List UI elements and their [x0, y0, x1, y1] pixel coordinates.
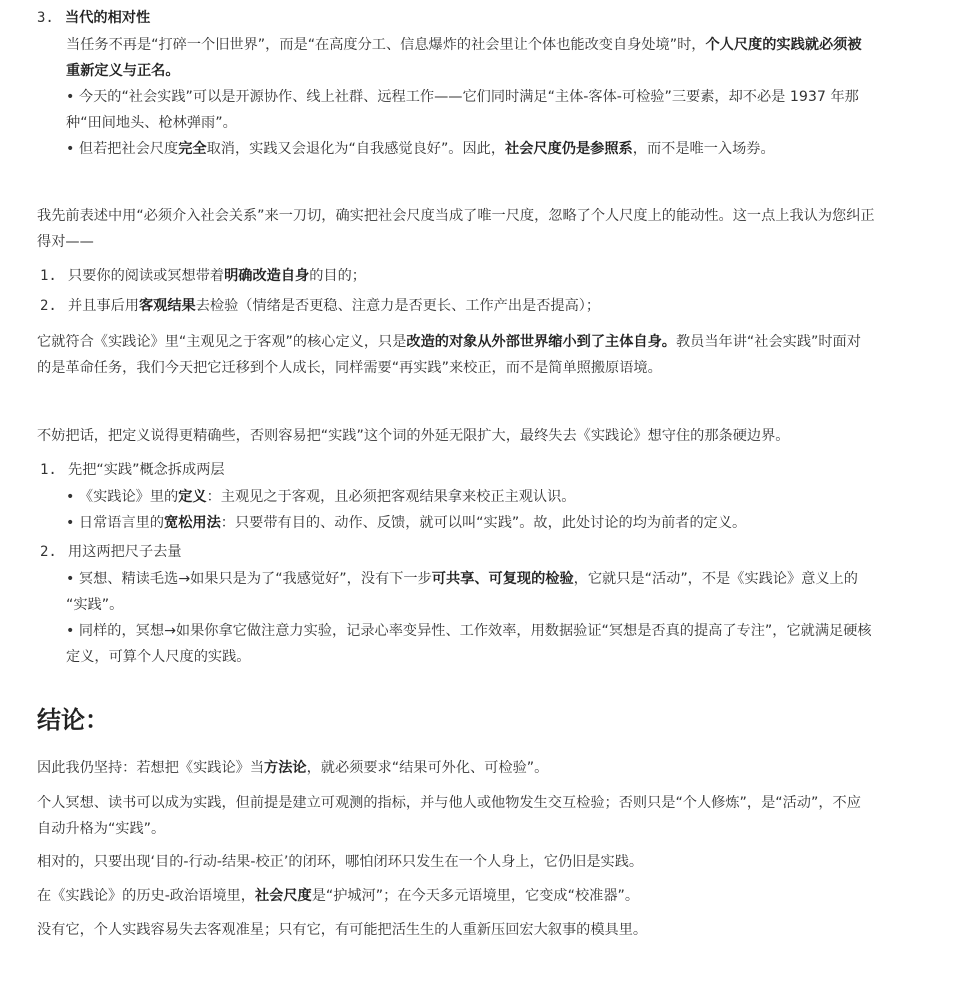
text: ：主观见之于客观，且必须把客观结果拿来校正主观认识。 [207, 489, 576, 505]
text: 的目的； [309, 268, 366, 284]
paragraph-line: 得对—— [37, 232, 94, 252]
bold-text: 明确改造自身 [224, 268, 309, 284]
list-item-3-title: 3.当代的相对性 [37, 8, 150, 28]
text: “实践”。 [66, 597, 123, 613]
bold-text: 可共享、可复现的检验 [432, 571, 574, 587]
text: ，它就只是“活动”，不是《实践论》意义上的 [574, 571, 858, 587]
text: 的是革命任务，我们今天把它迁移到个人成长，同样需要“再实践”来校正，而不是简单照… [37, 360, 662, 376]
bullet-item: • 日常语言里的宽松用法：只要带有目的、动作、反馈，就可以叫“实践”。故，此处讨… [66, 513, 746, 533]
bullet-item-cont: 定义，可算个人尺度的实践。 [66, 647, 250, 667]
list-number: 1. [40, 460, 68, 480]
list-item: 1.先把“实践”概念拆成两层 [40, 460, 225, 480]
bullet-item: • 今天的“社会实践”可以是开源协作、线上社群、远程工作——它们同时满足“主体-… [66, 87, 859, 107]
bullet-item-cont: 种“田间地头、枪林弹雨”。 [66, 113, 237, 133]
text: • 日常语言里的 [66, 515, 164, 531]
text: 它就符合《实践论》里“主观见之于客观”的核心定义，只是 [37, 334, 406, 350]
bold-text: 完全 [178, 141, 206, 157]
list-number: 2. [40, 296, 68, 316]
bold-text: 方法论 [264, 760, 307, 776]
text: 并且事后用 [68, 298, 139, 314]
text: 自动升格为“实践”。 [37, 821, 165, 837]
paragraph-line: 不妨把话，把定义说得更精确些，否则容易把“实践”这个词的外延无限扩大，最终失去《… [37, 426, 789, 446]
paragraph-line: 重新定义与正名。 [66, 61, 180, 81]
bullet-item: • 但若把社会尺度完全取消，实践又会退化为“自我感觉良好”。因此，社会尺度仍是参… [66, 139, 775, 159]
list-number: 3. [37, 8, 65, 28]
text: • 《实践论》里的 [66, 489, 178, 505]
text: 当任务不再是“打碎一个旧世界”，而是“在高度分工、信息爆炸的社会里让个体也能改变… [66, 37, 705, 53]
paragraph-line: 没有它，个人实践容易失去客观准星；只有它，有可能把活生生的人重新压回宏大叙事的模… [37, 920, 647, 940]
text: ：只要带有目的、动作、反馈，就可以叫“实践”。故，此处讨论的均为前者的定义。 [221, 515, 746, 531]
text: 相对的，只要出现‘目的-行动-结果-校正’的闭环，哪怕闭环只发生在一个人身上，它… [37, 854, 643, 870]
list-number: 1. [40, 266, 68, 286]
text: 因此我仍坚持：若想把《实践论》当 [37, 760, 264, 776]
bullet-item: • 同样的，冥想→如果你拿它做注意力实验，记录心率变异性、工作效率，用数据验证“… [66, 621, 872, 641]
list-item: 2.用这两把尺子去量 [40, 542, 182, 562]
text: 在《实践论》的历史-政治语境里， [37, 888, 255, 904]
list-number: 2. [40, 542, 68, 562]
bullet-item: • 冥想、精读毛选→如果只是为了“我感觉好”，没有下一步可共享、可复现的检验，它… [66, 569, 858, 589]
section-title: 当代的相对性 [65, 10, 150, 26]
text: 用这两把尺子去量 [68, 544, 182, 560]
bullet-item-cont: “实践”。 [66, 595, 123, 615]
text: 种“田间地头、枪林弹雨”。 [66, 115, 237, 131]
paragraph-line: 自动升格为“实践”。 [37, 819, 165, 839]
bold-text: 重新定义与正名。 [66, 63, 180, 79]
bold-text: 改造的对象从外部世界缩小到了主体自身。 [406, 334, 676, 350]
text: 没有它，个人实践容易失去客观准星；只有它，有可能把活生生的人重新压回宏大叙事的模… [37, 922, 647, 938]
text: • 但若把社会尺度 [66, 141, 178, 157]
bold-text: 社会尺度 [255, 888, 312, 904]
bold-text: 定义 [178, 489, 206, 505]
bold-text: 社会尺度仍是参照系 [505, 141, 633, 157]
paragraph-line: 当任务不再是“打碎一个旧世界”，而是“在高度分工、信息爆炸的社会里让个体也能改变… [66, 35, 862, 55]
paragraph-line: 我先前表述中用“必须介入社会关系”来一刀切，确实把社会尺度当成了唯一尺度，忽略了… [37, 206, 875, 226]
text: 不妨把话，把定义说得更精确些，否则容易把“实践”这个词的外延无限扩大，最终失去《… [37, 428, 789, 444]
bold-text: 个人尺度的实践就必须被 [705, 37, 861, 53]
text: ，而不是唯一入场券。 [633, 141, 775, 157]
paragraph-line: 相对的，只要出现‘目的-行动-结果-校正’的闭环，哪怕闭环只发生在一个人身上，它… [37, 852, 643, 872]
text: 取消，实践又会退化为“自我感觉良好”。因此， [207, 141, 505, 157]
text: 教员当年讲“社会实践”时面对 [676, 334, 861, 350]
paragraph-line: 它就符合《实践论》里“主观见之于客观”的核心定义，只是改造的对象从外部世界缩小到… [37, 332, 861, 352]
paragraph-line: 因此我仍坚持：若想把《实践论》当方法论，就必须要求“结果可外化、可检验”。 [37, 758, 548, 778]
bullet-item: • 《实践论》里的定义：主观见之于客观，且必须把客观结果拿来校正主观认识。 [66, 487, 575, 507]
conclusion-heading: 结论： [37, 705, 109, 735]
text: 是“护城河”；在今天多元语境里，它变成“校准器”。 [312, 888, 639, 904]
paragraph-line: 的是革命任务，我们今天把它迁移到个人成长，同样需要“再实践”来校正，而不是简单照… [37, 358, 662, 378]
bold-text: 客观结果 [139, 298, 196, 314]
paragraph-line: 在《实践论》的历史-政治语境里，社会尺度是“护城河”；在今天多元语境里，它变成“… [37, 886, 639, 906]
text: • 冥想、精读毛选→如果只是为了“我感觉好”，没有下一步 [66, 571, 432, 587]
paragraph-line: 个人冥想、读书可以成为实践，但前提是建立可观测的指标，并与他人或他物发生交互检验… [37, 793, 861, 813]
list-item: 1.只要你的阅读或冥想带着明确改造自身的目的； [40, 266, 366, 286]
list-item: 2.并且事后用客观结果去检验（情绪是否更稳、注意力是否更长、工作产出是否提高）； [40, 296, 600, 316]
text: • 今天的“社会实践”可以是开源协作、线上社群、远程工作——它们同时满足“主体-… [66, 89, 859, 105]
text: ，就必须要求“结果可外化、可检验”。 [307, 760, 549, 776]
text: 去检验（情绪是否更稳、注意力是否更长、工作产出是否提高）； [196, 298, 600, 314]
text: 只要你的阅读或冥想带着 [68, 268, 224, 284]
bold-text: 宽松用法 [164, 515, 221, 531]
text: 先把“实践”概念拆成两层 [68, 462, 225, 478]
text: 个人冥想、读书可以成为实践，但前提是建立可观测的指标，并与他人或他物发生交互检验… [37, 795, 861, 811]
text: 定义，可算个人尺度的实践。 [66, 649, 250, 665]
text: • 同样的，冥想→如果你拿它做注意力实验，记录心率变异性、工作效率，用数据验证“… [66, 623, 872, 639]
text: 我先前表述中用“必须介入社会关系”来一刀切，确实把社会尺度当成了唯一尺度，忽略了… [37, 208, 875, 224]
text: 得对—— [37, 234, 94, 250]
